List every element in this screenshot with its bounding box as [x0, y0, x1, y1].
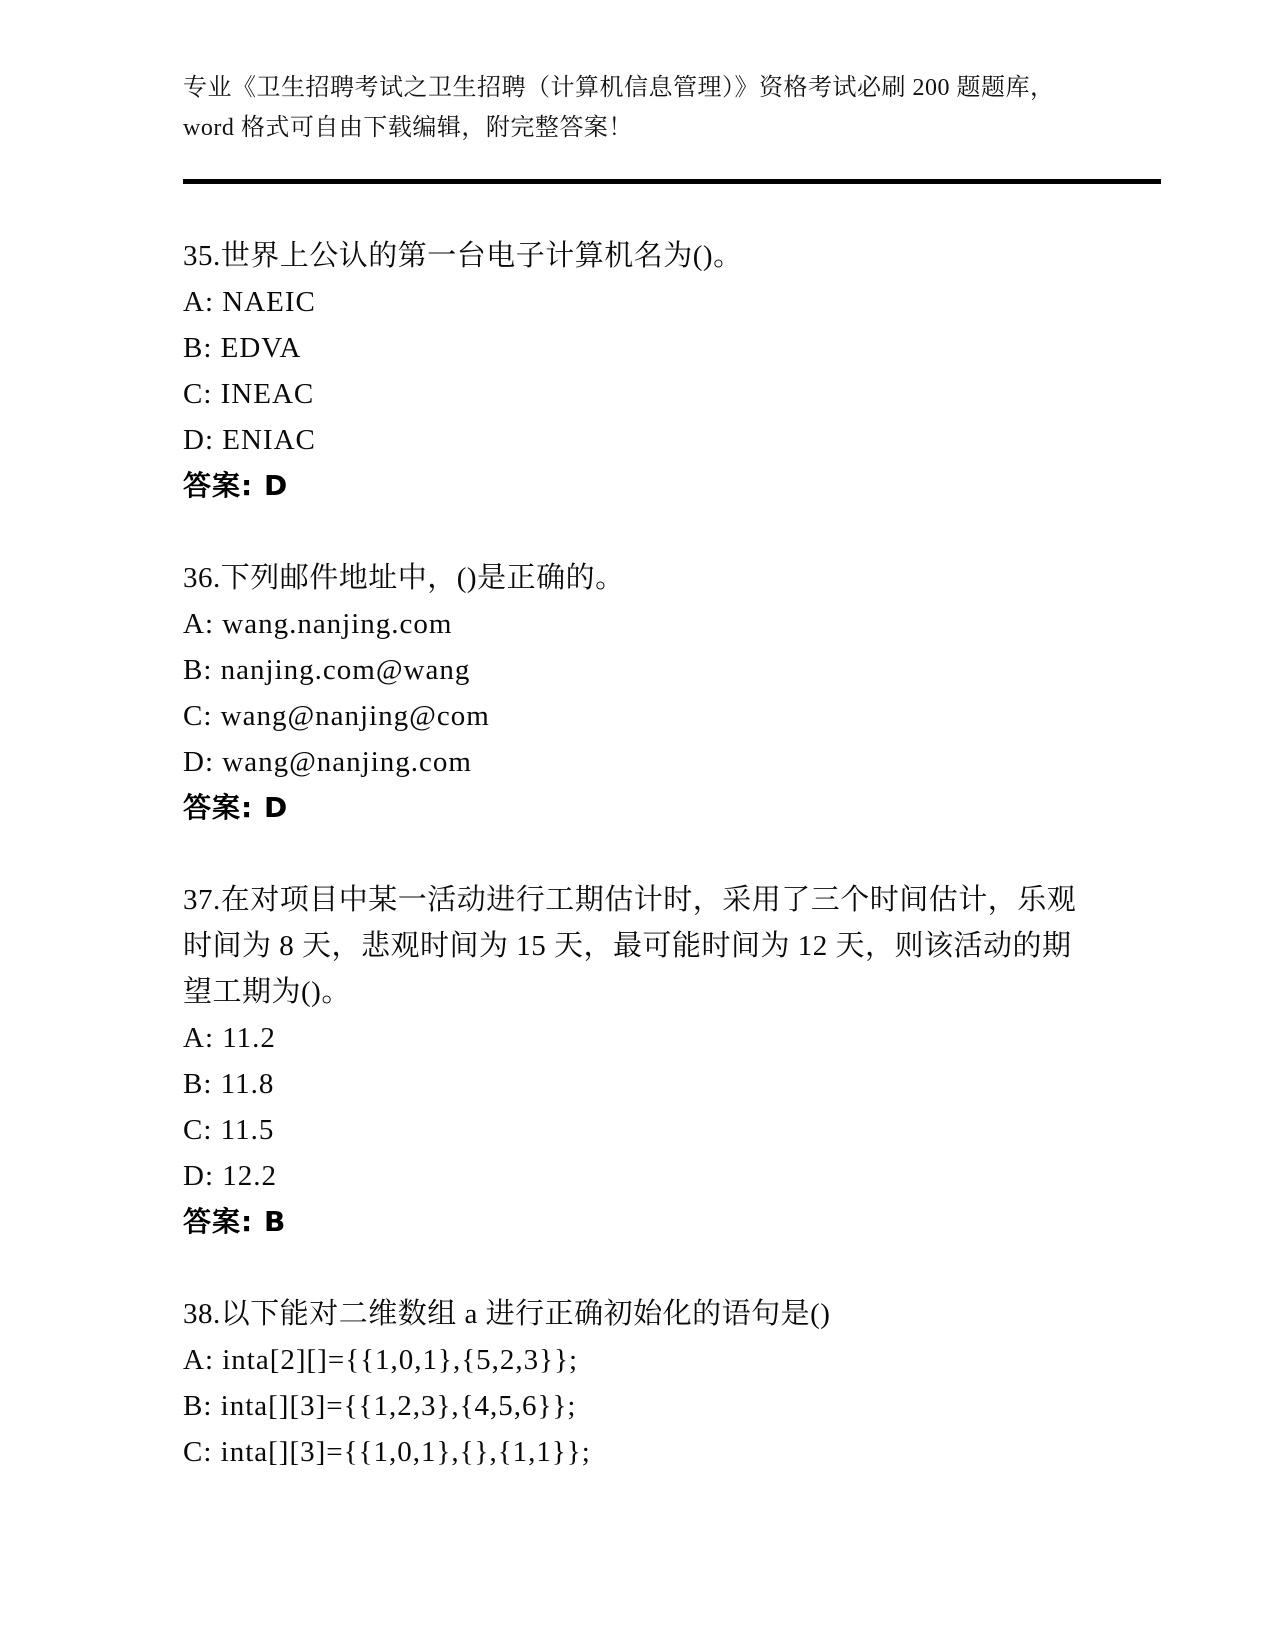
question-text: 36.下列邮件地址中，()是正确的。: [183, 555, 1088, 601]
answer-line: 答案: D: [183, 785, 1161, 831]
header-line-1: 专业《卫生招聘考试之卫生招聘（计算机信息管理）》资格考试必刷 200 题题库，: [183, 68, 1161, 108]
question-text: 35.世界上公认的第一台电子计算机名为()。: [183, 233, 1088, 279]
option-b: B: EDVA: [183, 325, 1161, 371]
document-page: 专业《卫生招聘考试之卫生招聘（计算机信息管理）》资格考试必刷 200 题题库， …: [0, 0, 1275, 1650]
option-d: D: 12.2: [183, 1153, 1161, 1199]
option-b: B: inta[][3]={{1,2,3},{4,5,6}};: [183, 1383, 1161, 1429]
question-block-35: 35.世界上公认的第一台电子计算机名为()。 A: NAEIC B: EDVA …: [183, 233, 1161, 509]
option-a: A: inta[2][]={{1,0,1},{5,2,3}};: [183, 1337, 1161, 1383]
page-content: 专业《卫生招聘考试之卫生招聘（计算机信息管理）》资格考试必刷 200 题题库， …: [183, 68, 1161, 1475]
header-line-2: word 格式可自由下载编辑，附完整答案！: [183, 108, 1161, 148]
answer-line: 答案: D: [183, 463, 1161, 509]
header-double-rule: [183, 179, 1161, 184]
document-header: 专业《卫生招聘考试之卫生招聘（计算机信息管理）》资格考试必刷 200 题题库， …: [183, 68, 1161, 148]
question-text: 37.在对项目中某一活动进行工期估计时，采用了三个时间估计，乐观时间为 8 天，…: [183, 877, 1088, 1015]
option-a: A: NAEIC: [183, 279, 1161, 325]
option-c: C: INEAC: [183, 371, 1161, 417]
option-c: C: inta[][3]={{1,0,1},{},{1,1}};: [183, 1429, 1161, 1475]
question-block-37: 37.在对项目中某一活动进行工期估计时，采用了三个时间估计，乐观时间为 8 天，…: [183, 877, 1161, 1245]
option-a: A: wang.nanjing.com: [183, 601, 1161, 647]
option-c: C: wang@nanjing@com: [183, 693, 1161, 739]
option-d: D: wang@nanjing.com: [183, 739, 1161, 785]
question-block-36: 36.下列邮件地址中，()是正确的。 A: wang.nanjing.com B…: [183, 555, 1161, 831]
question-block-38: 38.以下能对二维数组 a 进行正确初始化的语句是() A: inta[2][]…: [183, 1291, 1161, 1475]
option-b: B: nanjing.com@wang: [183, 647, 1161, 693]
option-c: C: 11.5: [183, 1107, 1161, 1153]
question-list: 35.世界上公认的第一台电子计算机名为()。 A: NAEIC B: EDVA …: [183, 233, 1161, 1475]
question-text: 38.以下能对二维数组 a 进行正确初始化的语句是(): [183, 1291, 1088, 1337]
answer-line: 答案: B: [183, 1199, 1161, 1245]
option-b: B: 11.8: [183, 1061, 1161, 1107]
option-d: D: ENIAC: [183, 417, 1161, 463]
option-a: A: 11.2: [183, 1015, 1161, 1061]
